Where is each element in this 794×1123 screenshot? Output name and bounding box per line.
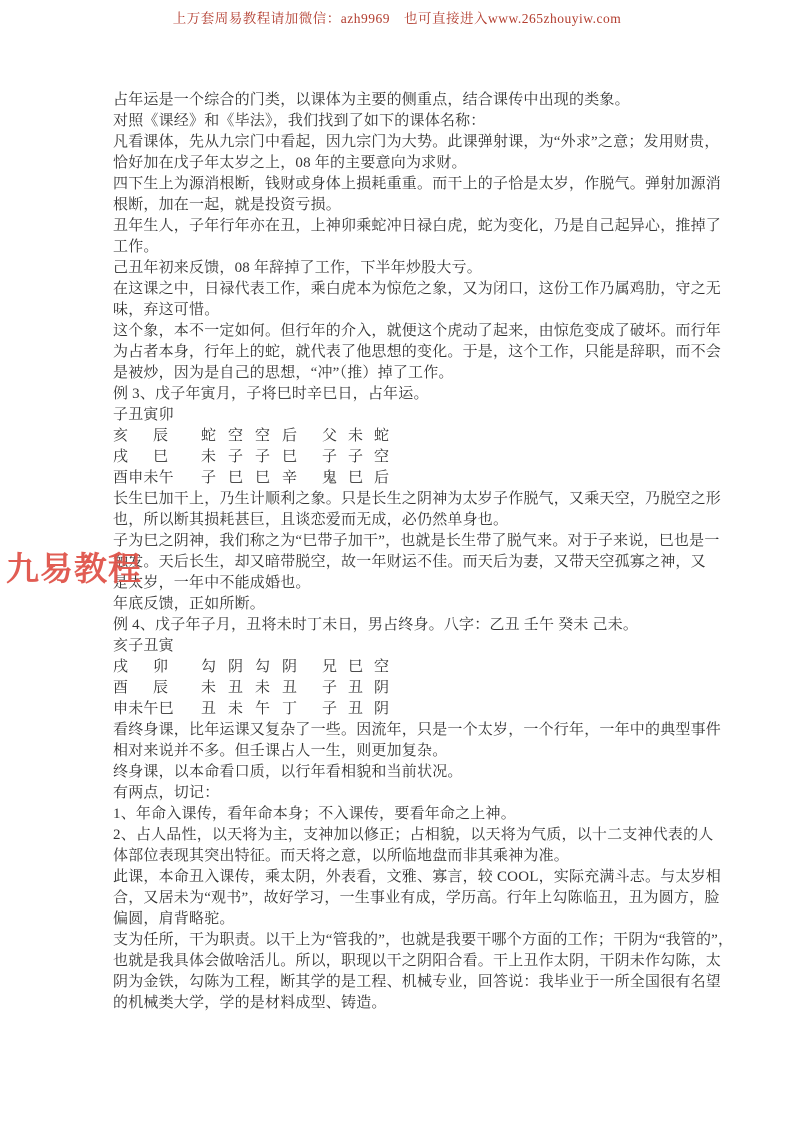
- chart-cell: 丁: [282, 699, 322, 720]
- chart-cell: 子: [201, 468, 228, 489]
- text-line: 长生巳加干上，乃生计顺利之象。只是长生之阴神为太岁子作脱气，又乘天空，乃脱空之形: [113, 489, 688, 510]
- liuren-chart-row: 酉辰未丑未丑子丑阴: [113, 678, 688, 699]
- liuren-chart-row: 酉申未午子巳巳辛鬼巳后: [113, 468, 688, 489]
- text-line: 体部位表现其突出特征。而天将之意，以所临地盘而非其乘神为准。: [113, 846, 688, 867]
- liuren-chart-row: 亥辰蛇空空后父未蛇: [113, 426, 688, 447]
- text-line: 是被炒，因为是自己的思想，“冲”（推）掉了工作。: [113, 363, 688, 384]
- chart-cell: 空: [228, 426, 255, 447]
- text-line: 支为任所，干为职责。以干上为“管我的”，也就是我要干哪个方面的工作；干阴为“我管…: [113, 930, 688, 951]
- chart-cell: 勾: [255, 657, 282, 678]
- chart-cell: 空: [374, 657, 389, 678]
- scanned-document-page: 上万套周易教程请加微信：azh9969 也可直接进入www.265zhouyiw…: [0, 0, 794, 1123]
- chart-cell: 子: [348, 447, 374, 468]
- text-line: 味，弃这可惜。: [113, 300, 688, 321]
- chart-cell: 辛: [282, 468, 322, 489]
- chart-cell: 蛇: [374, 426, 389, 447]
- text-line: 2、占人品性，以天将为主，支神加以修正；占相貌，以天将为气质，以十二支神代表的人: [113, 825, 688, 846]
- chart-cell: 申未午巳: [113, 699, 153, 720]
- text-line: 在这课之中，日禄代表工作，乘白虎本为惊危之象，又为闭口，这份工作乃属鸡肋，守之无: [113, 279, 688, 300]
- chart-cell: 午: [255, 699, 282, 720]
- promo-header-text: 上万套周易教程请加微信：azh9969 也可直接进入www.265zhouyiw…: [0, 7, 794, 27]
- chart-cell: 后: [282, 426, 322, 447]
- text-line: 1、年命入课传，看年命本身；不入课传，要看年命之上神。: [113, 804, 688, 825]
- chart-cell: 子: [228, 447, 255, 468]
- text-line: 的机械类大学，学的是材料成型、铸造。: [113, 993, 688, 1014]
- text-line: 例 4、戊子年子月，丑将未时丁未日，男占终身。八字：乙丑 壬午 癸未 己未。: [113, 615, 688, 636]
- text-line: 为占者本身，行年上的蛇，就代表了他思想的变化。于是，这个工作，只能是辞职，而不会: [113, 342, 688, 363]
- text-line: 阴为金铁，勾陈为工程，断其学的是工程、机械专业，回答说：我毕业于一所全国很有名望: [113, 972, 688, 993]
- text-line: 亥子丑寅: [113, 636, 688, 657]
- text-line: 四下生上为源消根断，钱财或身体上损耗重重。而干上的子恰是太岁，作脱气。弹射加源消: [113, 174, 688, 195]
- chart-cell: 子: [255, 447, 282, 468]
- watermark-text: 九易教程: [6, 543, 142, 590]
- chart-cell: 丑: [201, 699, 228, 720]
- chart-cell: 未: [348, 426, 374, 447]
- chart-cell: 空: [255, 426, 282, 447]
- document-body: 占年运是一个综合的门类，以课体为主要的侧重点，结合课传中出现的类象。对照《课经》…: [113, 90, 688, 1014]
- text-line: 也，所以断其损耗甚巨，且谈恋爱而无成，必仍然单身也。: [113, 510, 688, 531]
- chart-cell: 亥: [113, 426, 153, 447]
- text-line: 合，又居未为“观书”，故好学习，一生事业有成，学历高。行年上勾陈临丑，丑为圆方，…: [113, 888, 688, 909]
- liuren-chart-row: 申未午巳丑未午丁子丑阴: [113, 699, 688, 720]
- chart-cell: 丑: [228, 678, 255, 699]
- text-line: 凡看课体，先从九宗门中看起，因九宗门为大势。此课弹射课，为“外求”之意；发用财贵…: [113, 132, 688, 153]
- chart-cell: 巳: [228, 468, 255, 489]
- chart-cell: 后: [374, 468, 389, 489]
- text-line: 有两点，切记：: [113, 783, 688, 804]
- chart-cell: [153, 468, 201, 489]
- chart-cell: 阴: [228, 657, 255, 678]
- chart-cell: 酉申未午: [113, 468, 153, 489]
- chart-cell: [153, 699, 201, 720]
- chart-cell: 兄: [322, 657, 348, 678]
- text-line: 终身课，以本命看口质，以行年看相貌和当前状况。: [113, 762, 688, 783]
- text-line: 占年运是一个综合的门类，以课体为主要的侧重点，结合课传中出现的类象。: [113, 90, 688, 111]
- chart-cell: 酉: [113, 678, 153, 699]
- chart-cell: 蛇: [201, 426, 228, 447]
- chart-cell: 空: [374, 447, 389, 468]
- text-line: 子为巳之阴神，我们称之为“巳带子加干”，也就是长生带了脱气来。对于子来说，巳也是…: [113, 531, 688, 552]
- liuren-chart-row: 戌卯勾阴勾阴兄巳空: [113, 657, 688, 678]
- chart-cell: 戌: [113, 657, 153, 678]
- chart-cell: 子: [322, 447, 348, 468]
- text-line: 根断，加在一起，就是投资亏损。: [113, 195, 688, 216]
- chart-cell: 丑: [282, 678, 322, 699]
- text-line: 己丑年初来反馈，08 年辞掉了工作，下半年炒股大亏。: [113, 258, 688, 279]
- chart-cell: 巳: [348, 657, 374, 678]
- chart-cell: 戌: [113, 447, 153, 468]
- chart-cell: 丑: [348, 699, 374, 720]
- text-line: 对照《课经》和《毕法》，我们找到了如下的课体名称：: [113, 111, 688, 132]
- text-line: 年底反馈，正如所断。: [113, 594, 688, 615]
- chart-cell: 巳: [348, 468, 374, 489]
- chart-cell: 卯: [153, 657, 201, 678]
- chart-cell: 辰: [153, 678, 201, 699]
- chart-cell: 巳: [255, 468, 282, 489]
- chart-cell: 未: [228, 699, 255, 720]
- text-line: 恰好加在戊子年太岁之上，08 年的主要意向为求财。: [113, 153, 688, 174]
- chart-cell: 未: [201, 678, 228, 699]
- text-line: 子丑寅卯: [113, 405, 688, 426]
- liuren-chart-row: 戌巳未子子巳子子空: [113, 447, 688, 468]
- chart-cell: 辰: [153, 426, 201, 447]
- text-line: 这个象，本不一定如何。但行年的介入，就便这个虎动了起来，由惊危变成了破坏。而行年: [113, 321, 688, 342]
- chart-cell: 未: [255, 678, 282, 699]
- text-line: 也就是我具体会做啥活儿。所以，职现以干之阴阳合看。干上丑作太阴，干阴未作勾陈，太: [113, 951, 688, 972]
- text-line: 工作。: [113, 237, 688, 258]
- chart-cell: 巳: [153, 447, 201, 468]
- text-line: 例 3、戊子年寅月，子将巳时辛巳日，占年运。: [113, 384, 688, 405]
- chart-cell: 勾: [201, 657, 228, 678]
- text-line: 此课，本命丑入课传，乘太阴，外表看，文雅、寡言，较 COOL，实际充满斗志。与太…: [113, 867, 688, 888]
- text-line: 是太岁，一年中不能成婚也。: [113, 573, 688, 594]
- chart-cell: 巳: [282, 447, 322, 468]
- chart-cell: 父: [322, 426, 348, 447]
- chart-cell: 子: [322, 699, 348, 720]
- text-line: 看终身课，比年运课又复杂了一些。因流年，只是一个太岁，一个行年，一年中的典型事件: [113, 720, 688, 741]
- chart-cell: 阴: [374, 699, 389, 720]
- text-line: 丑年生人，子年行年亦在丑，上神卯乘蛇冲日禄白虎，蛇为变化，乃是自己起异心，推掉了: [113, 216, 688, 237]
- chart-cell: 阴: [374, 678, 389, 699]
- chart-cell: 子: [322, 678, 348, 699]
- text-line: 触发。天后长生，却又暗带脱空，故一年财运不佳。而天后为妻，又带天空孤寡之神，又: [113, 552, 688, 573]
- chart-cell: 阴: [282, 657, 322, 678]
- text-line: 相对来说并不多。但壬课占人一生，则更加复杂。: [113, 741, 688, 762]
- chart-cell: 未: [201, 447, 228, 468]
- chart-cell: 鬼: [322, 468, 348, 489]
- text-line: 偏圆，肩背略驼。: [113, 909, 688, 930]
- chart-cell: 丑: [348, 678, 374, 699]
